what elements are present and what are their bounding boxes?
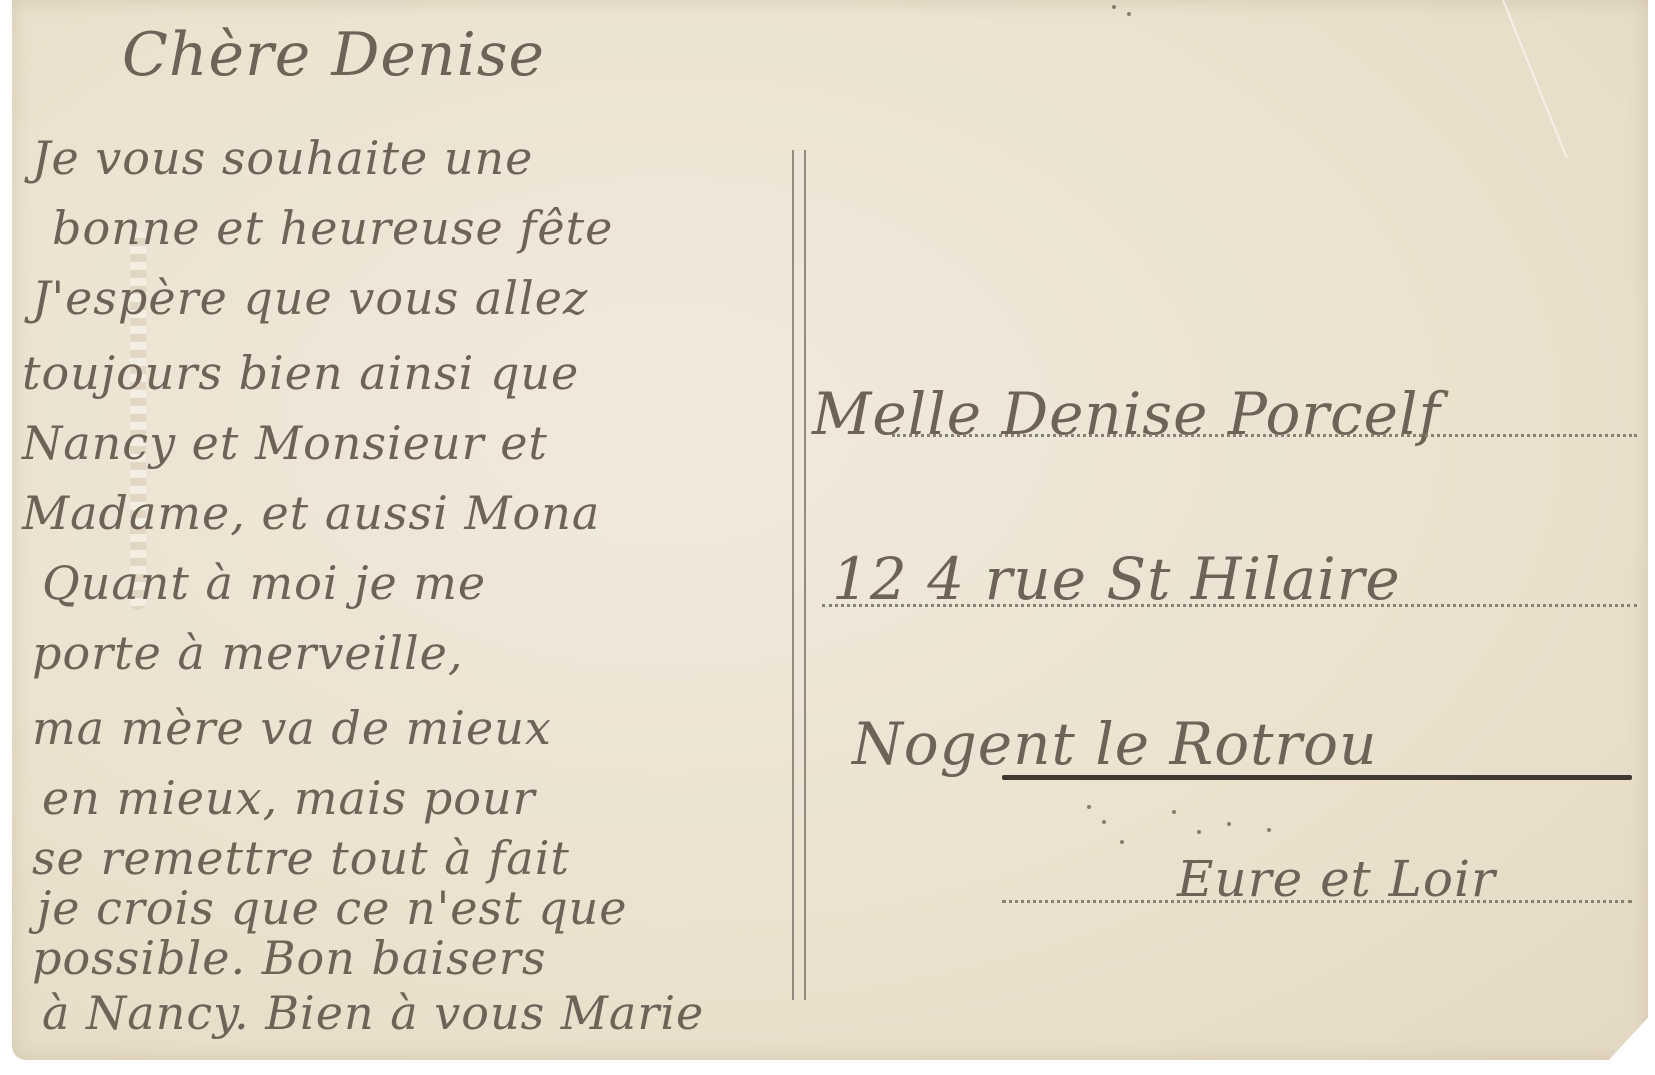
city-underline: [1002, 775, 1632, 780]
message-line: se remettre tout à fait: [32, 835, 570, 881]
message-line: ma mère va de mieux: [32, 705, 552, 751]
street-address: 12 4 rue St Hilaire: [832, 545, 1401, 613]
divider-line-right: [804, 150, 806, 1000]
message-line: J'espère que vous allez: [32, 275, 588, 321]
greeting: Chère Denise: [122, 20, 545, 90]
surface-scratch: [1502, 0, 1568, 158]
message-line: en mieux, mais pour: [42, 775, 536, 821]
message-line: je crois que ce n'est que: [37, 885, 628, 931]
message-line: Madame, et aussi Mona: [22, 490, 600, 536]
message-line: bonne et heureuse fête: [52, 205, 613, 251]
city: Nogent le Rotrou: [852, 710, 1377, 778]
address-rule-2: [822, 604, 1637, 607]
postcard-back: Chère Denise Je vous souhaite une bonne …: [12, 0, 1648, 1060]
address-rule-3: [1002, 900, 1632, 903]
message-line: à Nancy. Bien à vous Marie: [42, 990, 704, 1036]
divider-line-left: [792, 150, 794, 1000]
message-line: porte à merveille,: [32, 630, 464, 676]
recipient-name: Melle Denise Porcelf: [812, 380, 1441, 448]
message-line: Je vous souhaite une: [32, 135, 533, 181]
message-line: possible. Bon baisers: [32, 935, 546, 981]
message-line: Quant à moi je me: [42, 560, 486, 606]
address-rule-1: [892, 434, 1637, 437]
message-line: toujours bien ainsi que: [22, 350, 579, 396]
message-line: Nancy et Monsieur et: [22, 420, 548, 466]
